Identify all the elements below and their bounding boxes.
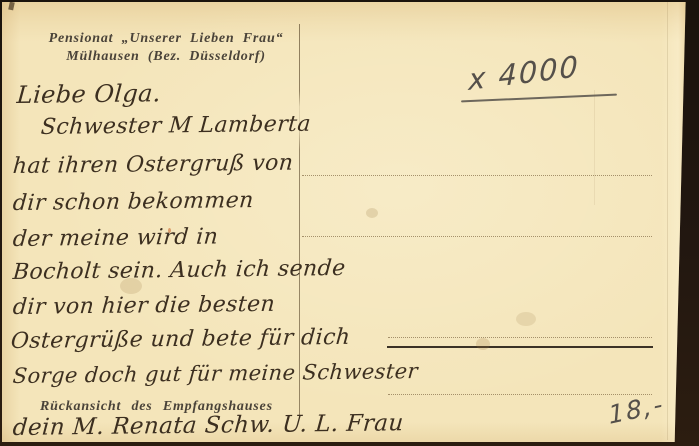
handwriting-line: der meine wird in <box>12 226 219 251</box>
paper-speck <box>168 228 171 233</box>
handwriting-line: Ostergrüße und bete für dich <box>10 327 351 353</box>
handwriting-signature: dein M. Renata Schw. U. L. Frau <box>12 412 404 439</box>
handwriting-line: dir schon bekommen <box>12 190 255 215</box>
address-divider-line <box>299 24 300 418</box>
paper-crease <box>667 2 668 440</box>
paper-stain <box>366 208 378 218</box>
handwriting-line: Bocholt sein. Auch ich sende <box>12 258 346 284</box>
paper-crease <box>594 90 595 205</box>
paper-stain <box>516 312 536 326</box>
address-line-3 <box>388 337 652 338</box>
address-underline-rule <box>387 346 653 348</box>
handwriting-line: Liebe Olga. <box>16 82 162 106</box>
publisher-line-1: Pensionat „Unserer Lieben Frau“ <box>36 29 296 48</box>
handwriting-line: Sorge doch gut für meine Schwester <box>12 360 419 387</box>
postcard-scan: Pensionat „Unserer Lieben Frau“ Mülhause… <box>0 0 699 446</box>
handwriting-line: dir von hier die besten <box>12 294 276 319</box>
address-line-2 <box>302 236 652 237</box>
address-line-4 <box>388 394 652 395</box>
handwriting-line: Schwester M Lamberta <box>40 114 312 139</box>
publisher-line-2: Mülhausen (Bez. Düsseldorf) <box>36 48 296 66</box>
paper-stain <box>476 338 490 350</box>
handwriting-line: hat ihren Ostergruß von <box>12 153 294 178</box>
address-line-1 <box>302 175 652 176</box>
paper-stain <box>120 278 142 294</box>
publisher-imprint: Pensionat „Unserer Lieben Frau“ Mülhause… <box>36 29 296 66</box>
